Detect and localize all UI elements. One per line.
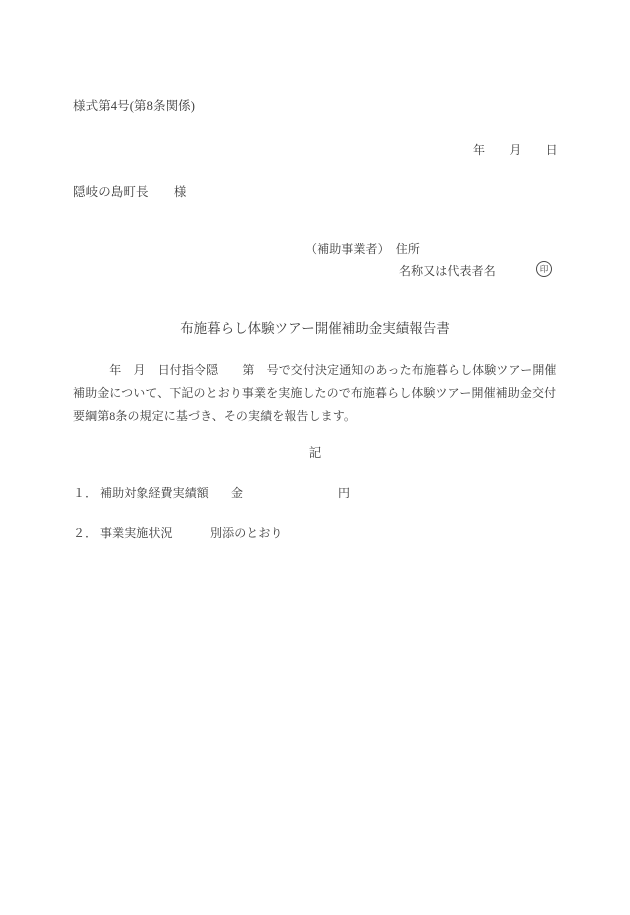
item-1-amount-prefix: 金 [231,486,243,501]
seal-icon: 印 [536,261,552,277]
form-number: 様式第4号(第8条関係) [73,99,195,115]
item-1-number: １． [73,486,97,501]
document-page: 様式第4号(第8条関係) 年 月 日 隠岐の島町長 様 （補助事業者） 住所 名… [0,0,630,915]
applicant-name-label: 名称又は代表者名 [399,264,496,279]
item-2-number: ２． [73,526,97,541]
date-day-label: 日 [546,143,558,157]
addressee-honorific: 様 [174,185,187,199]
body-line: 年 月 日付指令隠 第 号で交付決定通知のあった布施暮らし体験ツアー開催 [73,359,573,382]
item-2-label: 事業実施状況 [100,526,173,541]
item-1-label: 補助対象経費実績額 [100,486,209,501]
body-line: 要綱第8条の規定に基づき、その実績を報告します。 [73,405,573,428]
date-line: 年 月 日 [473,143,558,158]
date-month-label: 月 [509,143,521,157]
item-2-value: 別添のとおり [210,526,283,541]
addressee-name: 隠岐の島町長 [73,185,149,199]
applicant-address-line: （補助事業者） 住所 [305,242,420,257]
document-title: 布施暮らし体験ツアー開催補助金実績報告書 [0,321,630,338]
record-marker: 記 [0,446,630,462]
body-line: 補助金について、下記のとおり事業を実施したので布施暮らし体験ツアー開催補助金交付 [73,382,573,405]
body-paragraph: 年 月 日付指令隠 第 号で交付決定通知のあった布施暮らし体験ツアー開催 補助金… [73,359,573,428]
item-1-amount-suffix: 円 [338,486,350,501]
date-year-label: 年 [473,143,485,157]
addressee-line: 隠岐の島町長 様 [73,185,186,201]
